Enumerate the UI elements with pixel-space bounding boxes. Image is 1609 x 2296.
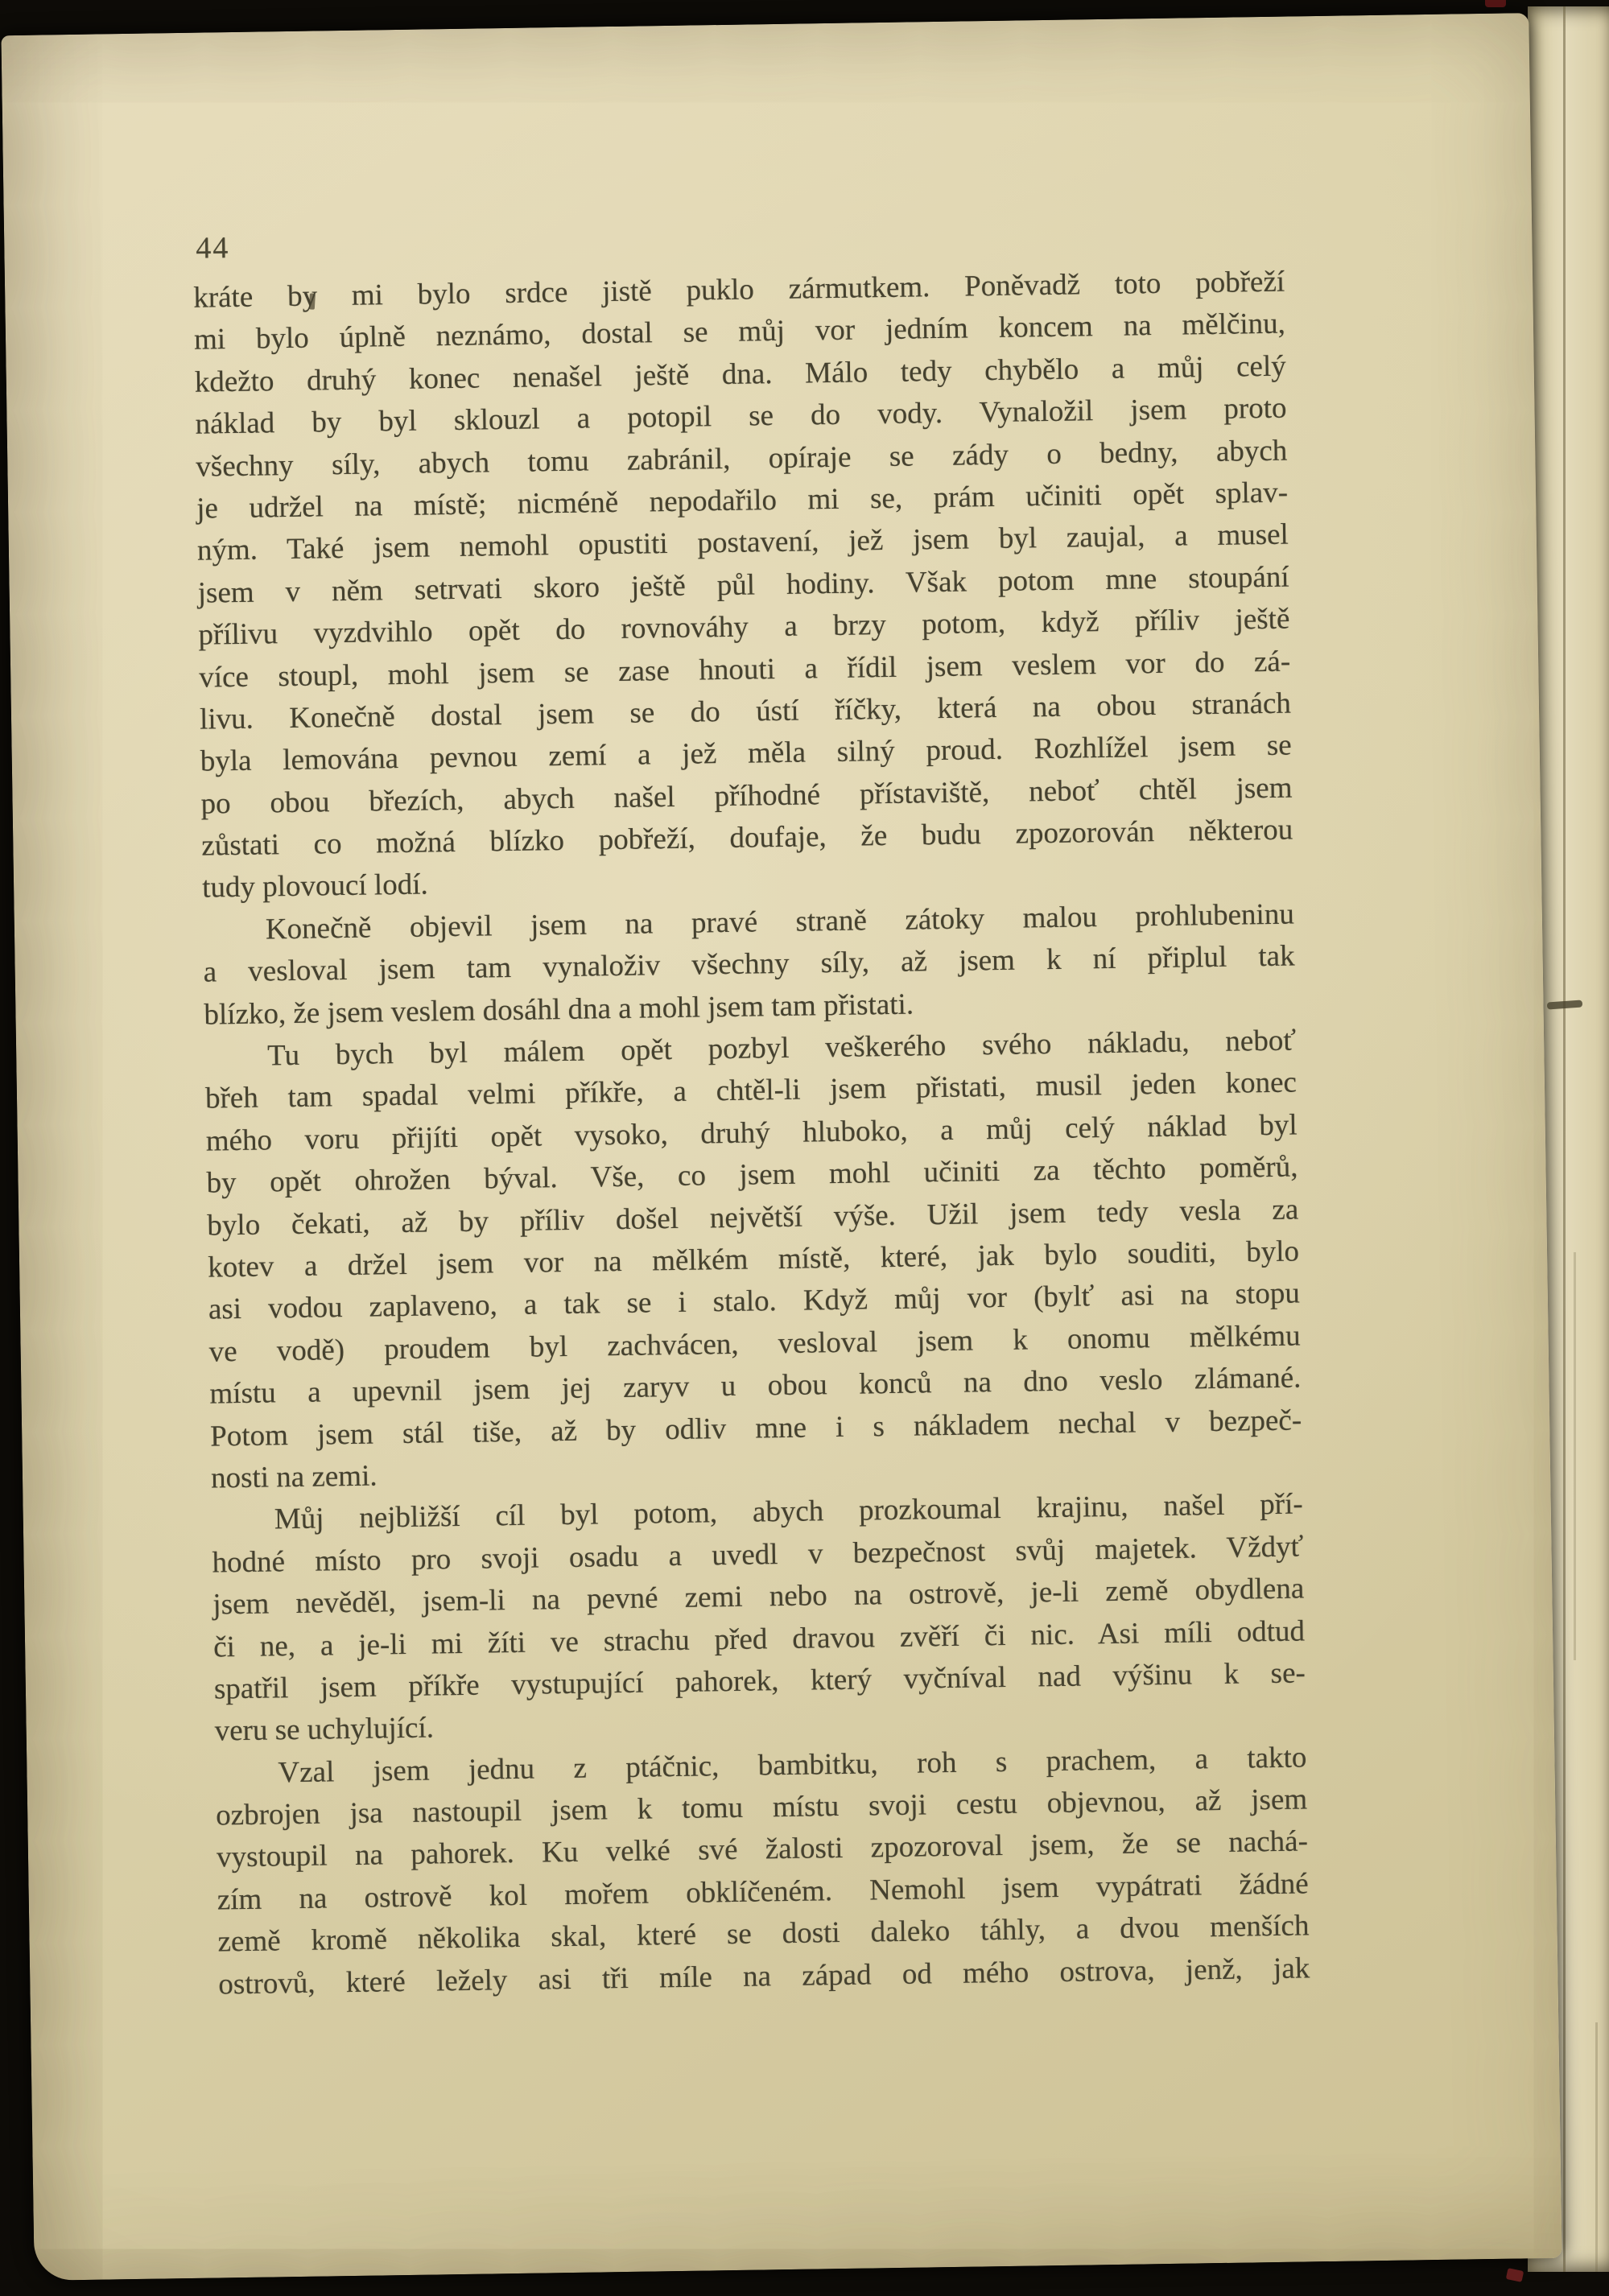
page-edge-crease [1563,6,1566,2272]
page-edge-crease [1595,2022,1598,2272]
page-number: 44 [196,230,230,266]
book-page: 44 kráte by mi bylo srdce jistě puklo zá… [1,13,1562,2281]
binding-mark-bottom [1506,2268,1524,2282]
page-text: kráte by mi bylo srdce jistě puklo zármu… [193,262,1310,2006]
binding-mark-top [1485,0,1506,7]
page-edge-crease [1574,1252,1576,1660]
book-scan: 44 kráte by mi bylo srdce jistě puklo zá… [0,0,1609,2296]
